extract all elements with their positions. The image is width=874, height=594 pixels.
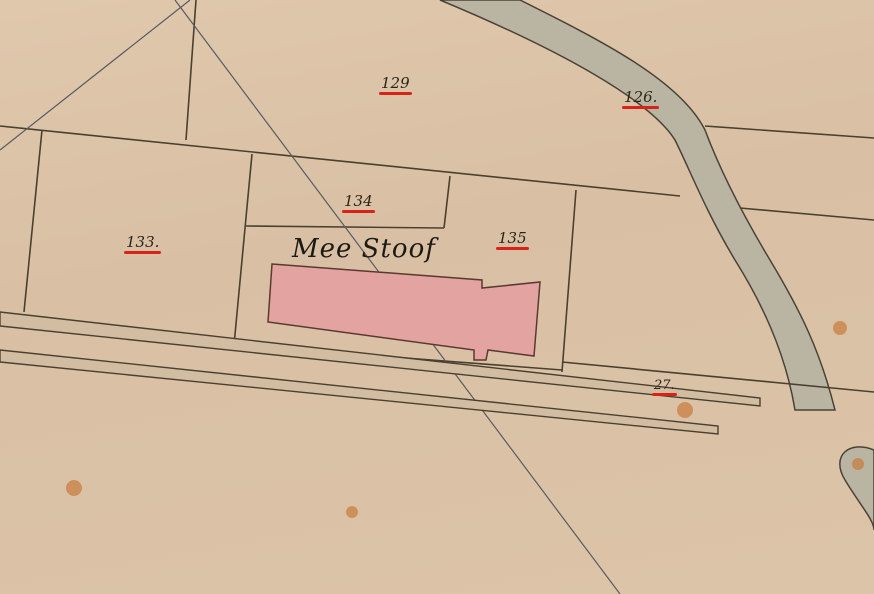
parcel-133: 133. bbox=[126, 233, 159, 251]
parcel-134: 134 bbox=[344, 192, 373, 210]
parcel-135: 135 bbox=[498, 229, 527, 247]
map-linework bbox=[0, 0, 874, 594]
parcel-27: 27. bbox=[654, 378, 675, 393]
building-mee-stoof bbox=[268, 264, 540, 360]
parcel-129: 129 bbox=[381, 74, 410, 92]
building-name-label: Mee Stoof bbox=[292, 234, 436, 264]
parcel-126: 126. bbox=[624, 88, 657, 106]
cadastral-map: 129 126. 134 135 133. 27. Mee Stoof bbox=[0, 0, 874, 594]
